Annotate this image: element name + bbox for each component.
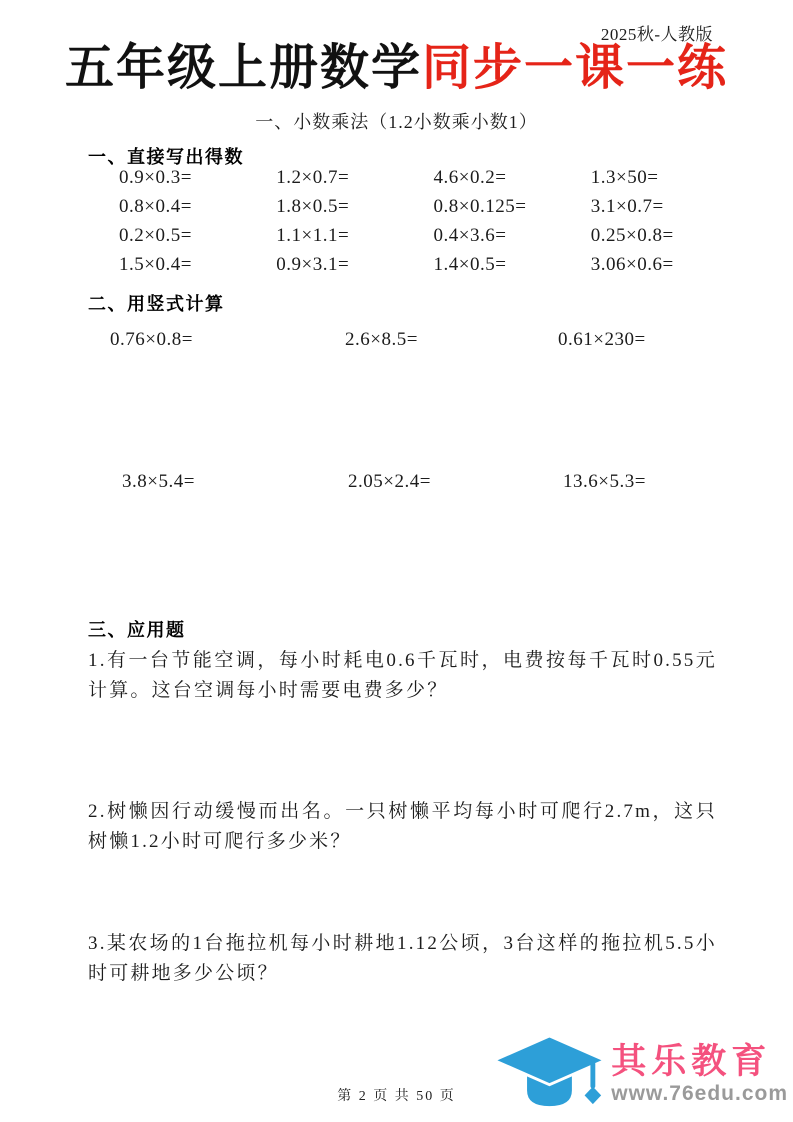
math-problem: 1.5×0.4= <box>88 256 245 274</box>
math-problem: 4.6×0.2= <box>403 169 560 187</box>
vertical-calc-problem: 0.76×0.8= <box>110 329 193 351</box>
word-problem-1: 1.有一台节能空调，每小时耗电0.6千瓦时，电费按每千瓦时0.55元计算。这台空… <box>88 646 717 706</box>
vertical-calc-problem: 2.05×2.4= <box>348 471 431 493</box>
word-problem-2: 2.树懒因行动缓慢而出名。一只树懒平均每小时可爬行2.7m，这只树懒1.2小时可… <box>88 797 717 857</box>
worksheet-page: 2025秋-人教版 五年级上册数学同步一课一练 一、小数乘法（1.2小数乘小数1… <box>0 0 793 1122</box>
title-black-part: 五年级上册数学 <box>65 41 422 95</box>
vertical-calc-problem: 13.6×5.3= <box>563 471 646 493</box>
lesson-subtitle: 一、小数乘法（1.2小数乘小数1） <box>0 108 793 134</box>
math-problem: 0.2×0.5= <box>88 227 245 245</box>
word-problem-3: 3.某农场的1台拖拉机每小时耕地1.12公顷，3台这样的拖拉机5.5小时可耕地多… <box>88 929 717 989</box>
vertical-calc-problem: 0.61×230= <box>558 329 646 351</box>
vertical-calc-problem: 3.8×5.4= <box>122 471 195 493</box>
math-problem: 3.1×0.7= <box>560 198 717 216</box>
math-problem: 1.3×50= <box>560 169 717 187</box>
math-problem: 1.2×0.7= <box>245 169 402 187</box>
vertical-calc-problem: 2.6×8.5= <box>345 329 418 351</box>
section1-heading: 一、直接写出得数 <box>88 143 244 169</box>
math-problem: 0.8×0.4= <box>88 198 245 216</box>
math-problem: 0.25×0.8= <box>560 227 717 245</box>
section2-heading: 二、用竖式计算 <box>88 290 225 316</box>
math-problem: 0.8×0.125= <box>403 198 560 216</box>
math-problem: 0.9×3.1= <box>245 256 402 274</box>
math-problem: 0.4×3.6= <box>403 227 560 245</box>
title-red-part: 同步一课一练 <box>422 41 728 95</box>
oral-calculation-grid: 0.9×0.3= 1.2×0.7= 4.6×0.2= 1.3×50= 0.8×0… <box>88 169 717 274</box>
math-problem: 3.06×0.6= <box>560 256 717 274</box>
math-problem: 1.1×1.1= <box>245 227 402 245</box>
logo-brand-name: 其乐教育 <box>611 1044 788 1081</box>
section3-heading: 三、应用题 <box>88 616 186 642</box>
math-problem: 0.9×0.3= <box>88 169 245 187</box>
math-problem: 1.4×0.5= <box>403 256 560 274</box>
page-title: 五年级上册数学同步一课一练 <box>0 40 793 96</box>
page-number: 第 2 页 共 50 页 <box>0 1085 793 1105</box>
math-problem: 1.8×0.5= <box>245 198 402 216</box>
